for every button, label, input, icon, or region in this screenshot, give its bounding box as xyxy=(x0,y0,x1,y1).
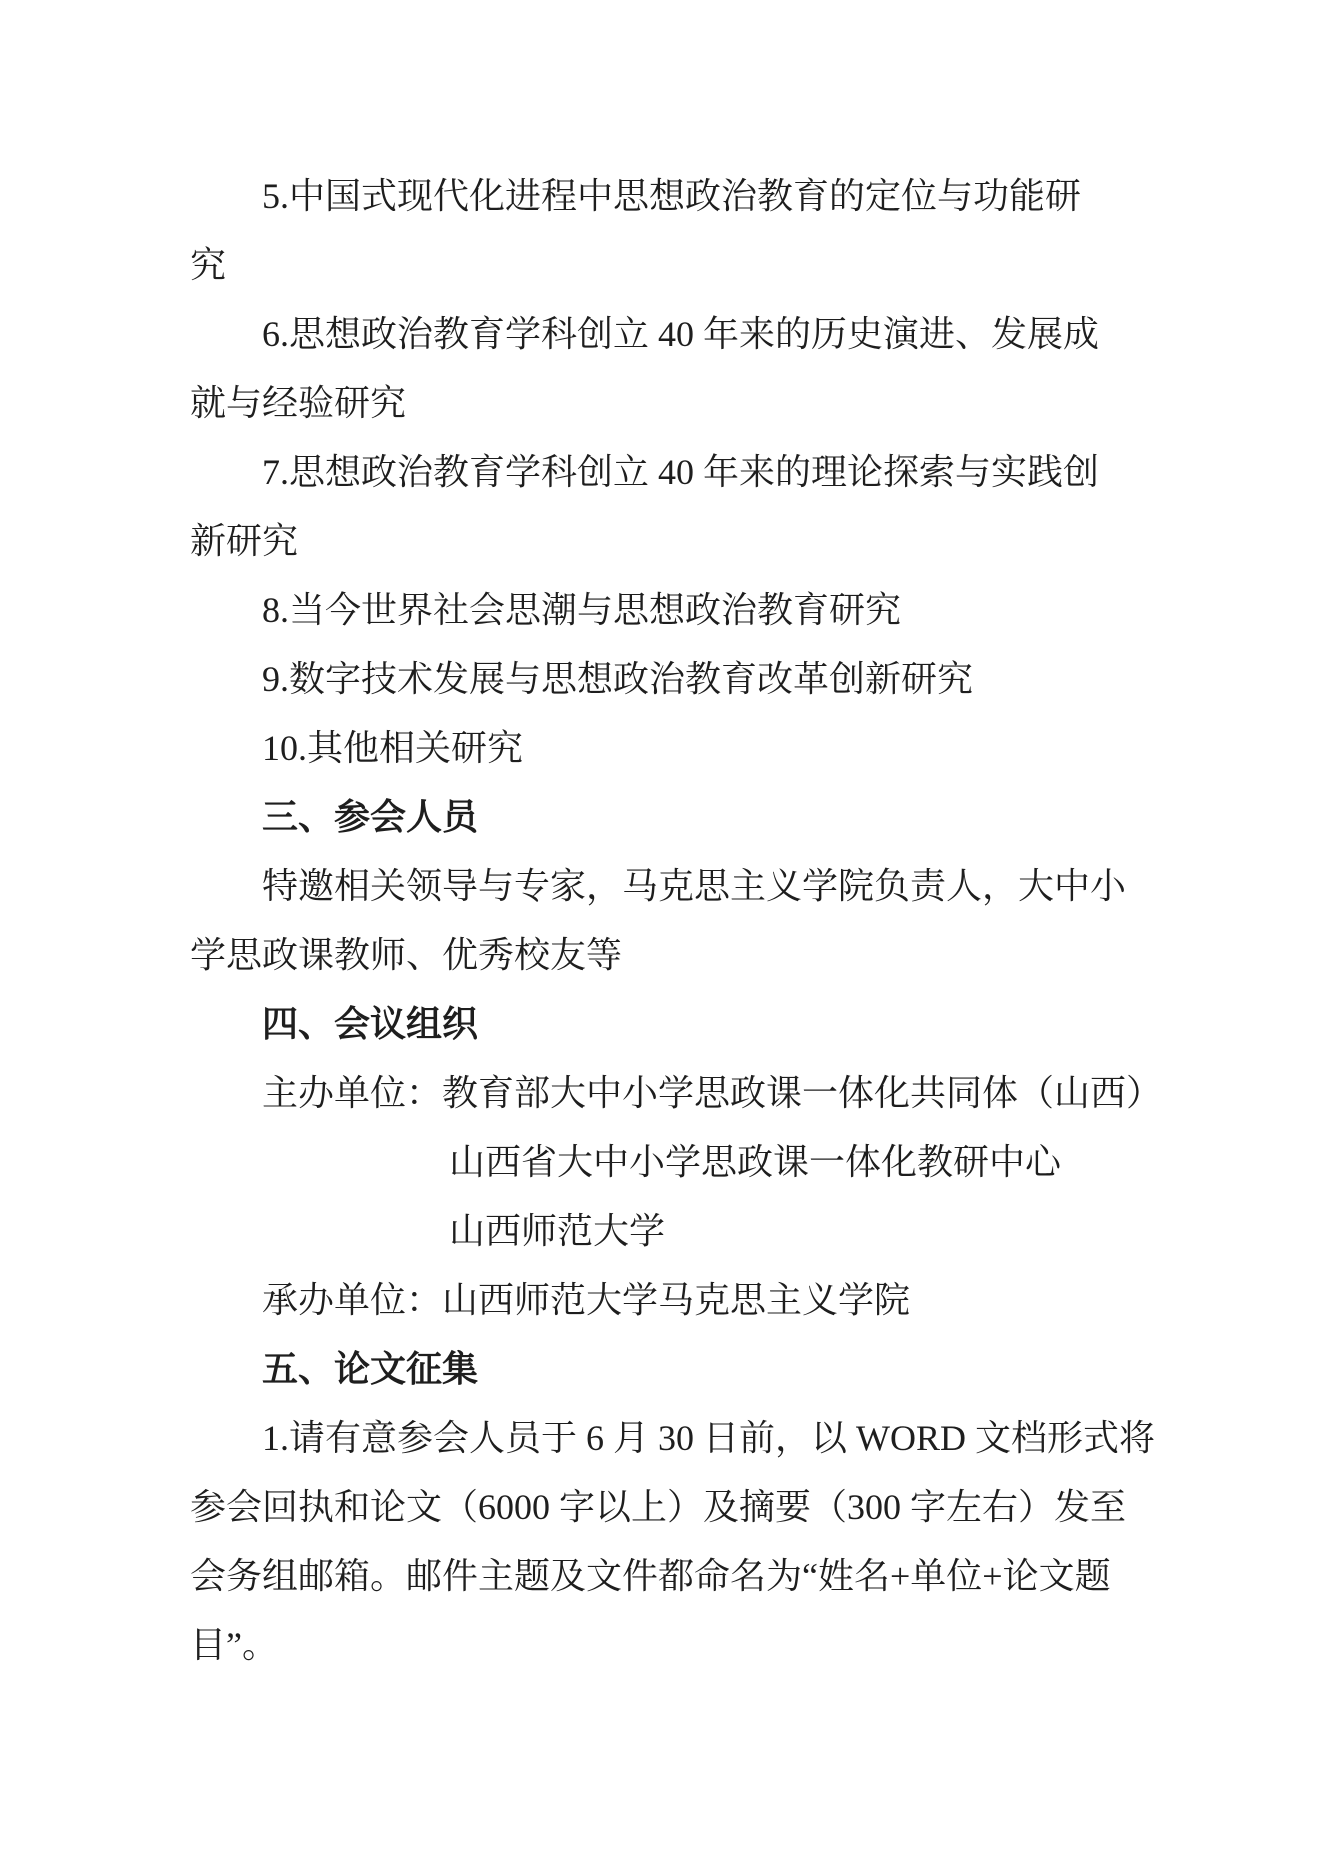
host-unit-line: 主办单位：教育部大中小学思政课一体化共同体（山西） xyxy=(190,1059,1183,1128)
host-unit-continuation-1: 山西省大中小学思政课一体化教研中心 xyxy=(190,1128,1183,1197)
topic-item-5-line-1: 5.中国式现代化进程中思想政治教育的定位与功能研 xyxy=(190,162,1183,231)
organizer-unit-line: 承办单位：山西师范大学马克思主义学院 xyxy=(190,1266,1183,1335)
paper-call-text-line-2: 参会回执和论文（6000 字以上）及摘要（300 字左右）发至 xyxy=(190,1473,1183,1542)
paper-call-text-line-1: 1.请有意参会人员于 6 月 30 日前，以 WORD 文档形式将 xyxy=(190,1404,1183,1473)
section-heading-paper-call: 五、论文征集 xyxy=(190,1335,1183,1404)
topic-item-10: 10.其他相关研究 xyxy=(190,714,1183,783)
topic-item-9: 9.数字技术发展与思想政治教育改革创新研究 xyxy=(190,645,1183,714)
topic-item-6-line-1: 6.思想政治教育学科创立 40 年来的历史演进、发展成 xyxy=(190,300,1183,369)
paper-call-text-line-4: 目”。 xyxy=(190,1611,1183,1680)
document-page: 5.中国式现代化进程中思想政治教育的定位与功能研 究 6.思想政治教育学科创立 … xyxy=(0,0,1323,1871)
topic-item-7-line-1: 7.思想政治教育学科创立 40 年来的理论探索与实践创 xyxy=(190,438,1183,507)
section-heading-organization: 四、会议组织 xyxy=(190,990,1183,1059)
topic-item-8: 8.当今世界社会思潮与思想政治教育研究 xyxy=(190,576,1183,645)
participants-text-line-2: 学思政课教师、优秀校友等 xyxy=(190,921,1183,990)
paper-call-text-line-3: 会务组邮箱。邮件主题及文件都命名为“姓名+单位+论文题 xyxy=(190,1542,1183,1611)
participants-text-line-1: 特邀相关领导与专家，马克思主义学院负责人，大中小 xyxy=(190,852,1183,921)
topic-item-7-line-2: 新研究 xyxy=(190,507,1183,576)
document-content: 5.中国式现代化进程中思想政治教育的定位与功能研 究 6.思想政治教育学科创立 … xyxy=(0,0,1323,1680)
section-heading-participants: 三、参会人员 xyxy=(190,783,1183,852)
host-unit-continuation-2: 山西师范大学 xyxy=(190,1197,1183,1266)
topic-item-5-line-2: 究 xyxy=(190,231,1183,300)
topic-item-6-line-2: 就与经验研究 xyxy=(190,369,1183,438)
